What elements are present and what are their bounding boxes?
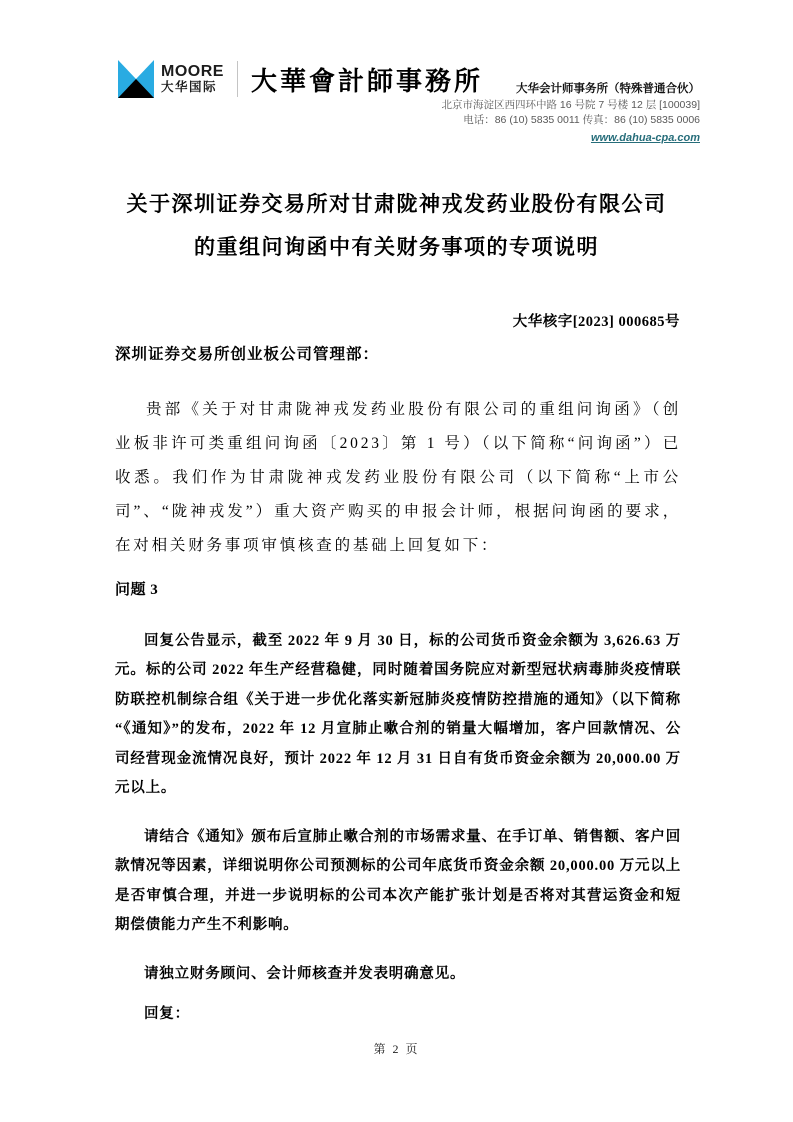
brand-name-en: MOORE [161,63,224,80]
question-paragraph-1: 回复公告显示，截至 2022 年 9 月 30 日，标的公司货币资金余额为 3,… [115,627,681,804]
document-title-line1: 关于深圳证券交易所对甘肃陇神戎发药业股份有限公司 [127,192,667,216]
letterhead: MOORE 大华国际 大華會計師事務所 [118,58,483,100]
website-link[interactable]: www.dahua-cpa.com [591,131,700,147]
contact-block: 大华会计师事务所（特殊普通合伙） 北京市海淀区西四环中路 16 号院 7 号楼 … [442,82,701,146]
firm-full-name: 大华会计师事务所（特殊普通合伙） [442,82,701,98]
moore-logo-icon [118,60,154,98]
question-heading: 问题 3 [115,578,158,599]
addressee: 深圳证券交易所创业板公司管理部： [115,342,379,364]
page-number: 第 2 页 [0,1040,793,1057]
document-title: 关于深圳证券交易所对甘肃陇神戎发药业股份有限公司 的重组问询函中有关财务事项的专… [0,183,793,269]
brand-text-block: MOORE 大华国际 [161,63,224,95]
question-paragraph-2: 请结合《通知》颁布后宣肺止嗽合剂的市场需求量、在手订单、销售额、客户回款情况等因… [115,823,681,941]
question-paragraph-3: 请独立财务顾问、会计师核查并发表明确意见。 [115,960,681,990]
intro-paragraph: 贵部《关于对甘肃陇神戎发药业股份有限公司的重组问询函》（创业板非许可类重组问询函… [115,393,681,563]
reference-number: 大华核字[2023] 000685号 [513,310,680,331]
firm-phone-fax: 电话：86 (10) 5835 0011 传真：86 (10) 5835 000… [442,113,701,129]
document-title-line2: 的重组问询函中有关财务事项的专项说明 [194,235,599,259]
reply-label: 回复： [115,1000,681,1030]
brand-name-cn: 大华国际 [161,80,224,95]
logo-divider [237,61,238,97]
document-page: MOORE 大华国际 大華會計師事務所 大华会计师事务所（特殊普通合伙） 北京市… [0,0,793,1122]
firm-address: 北京市海淀区西四环中路 16 号院 7 号楼 12 层 [100039] [442,98,701,114]
